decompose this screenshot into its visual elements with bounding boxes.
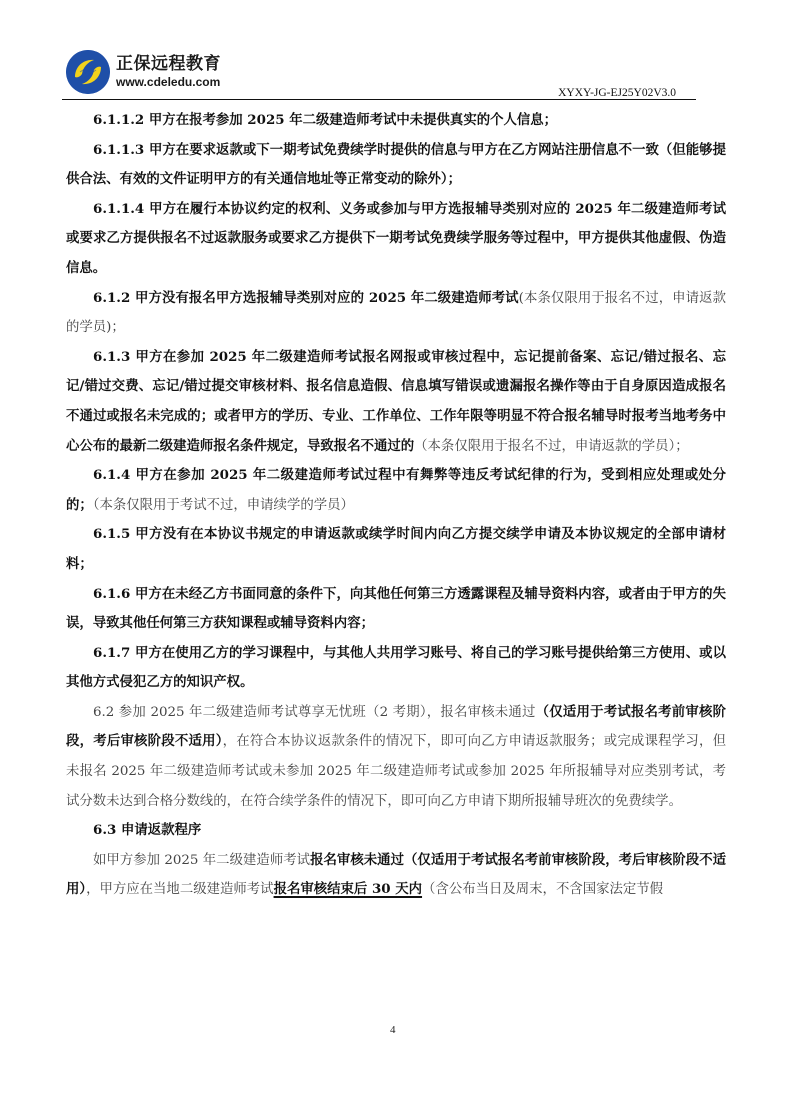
clause-text: 6.1.2 甲方没有报名甲方选报辅导类别对应的 2025 年二级建造师考试 [93,290,519,306]
clause-6-3-body: 如甲方参加 2025 年二级建造师考试报名审核未通过（仅适用于考试报名考前审核阶… [66,846,726,905]
clause-note: （本条仅限用于考试不过，申请续学的学员） [93,498,354,513]
document-page: 正保远程教育 www.cdeledu.com XYXY-JG-EJ25Y02V3… [0,0,788,1104]
section-heading-6-3: 6.3 申请返款程序 [66,816,726,846]
clause-6-1-7: 6.1.7 甲方在使用乙方的学习课程中，与其他人共用学习账号、将自己的学习账号提… [66,639,726,698]
clause-6-1-1-3: 6.1.1.3 甲方在要求返款或下一期考试免费续学时提供的信息与甲方在乙方网站注… [66,136,726,195]
clause-6-2: 6.2 参加 2025 年二级建造师考试尊享无忧班（2 考期），报名审核未通过（… [66,698,726,816]
clause-text: （含公布当日及周末，不含国家法定节假 [422,882,663,897]
brand-url: www.cdeledu.com [116,75,221,89]
clause-6-1-2: 6.1.2 甲方没有报名甲方选报辅导类别对应的 2025 年二级建造师考试(本条… [66,284,726,343]
cdeledu-logo-icon [66,50,110,94]
document-id: XYXY-JG-EJ25Y02V3.0 [558,87,676,99]
clause-6-1-4: 6.1.4 甲方在参加 2025 年二级建造师考试过程中有舞弊等违反考试纪律的行… [66,461,726,520]
clause-6-1-5: 6.1.5 甲方没有在本协议书规定的申请返款或续学时间内向乙方提交续学申请及本协… [66,520,726,579]
clause-underlined-deadline: 报名审核结束后 30 天内 [274,881,422,897]
brand-name: 正保远程教育 [116,54,221,74]
brand-block: 正保远程教育 www.cdeledu.com [116,54,221,89]
page-number: 4 [390,1024,396,1036]
clause-text: 6.2 参加 2025 年二级建造师考试尊享无忧班（2 考期），报名审核未通过 [93,705,536,720]
header-divider [62,99,696,100]
clause-6-1-1-4: 6.1.1.4 甲方在履行本协议约定的权利、义务或参加与甲方选报辅导类别对应的 … [66,195,726,284]
clause-text: 如甲方参加 2025 年二级建造师考试 [93,853,310,868]
document-body: 6.1.1.2 甲方在报考参加 2025 年二级建造师考试中未提供真实的个人信息… [66,106,726,905]
clause-text: ，甲方应在当地二级建造师考试 [86,882,273,897]
clause-6-1-6: 6.1.6 甲方在未经乙方书面同意的条件下，向其他任何第三方透露课程及辅导资料内… [66,580,726,639]
page-header: 正保远程教育 www.cdeledu.com XYXY-JG-EJ25Y02V3… [62,48,734,100]
clause-note: （本条仅限用于报名不过，申请返款的学员）； [414,439,689,454]
clause-6-1-3: 6.1.3 甲方在参加 2025 年二级建造师考试报名网报或审核过程中，忘记提前… [66,343,726,461]
clause-6-1-1-2: 6.1.1.2 甲方在报考参加 2025 年二级建造师考试中未提供真实的个人信息… [66,106,726,136]
